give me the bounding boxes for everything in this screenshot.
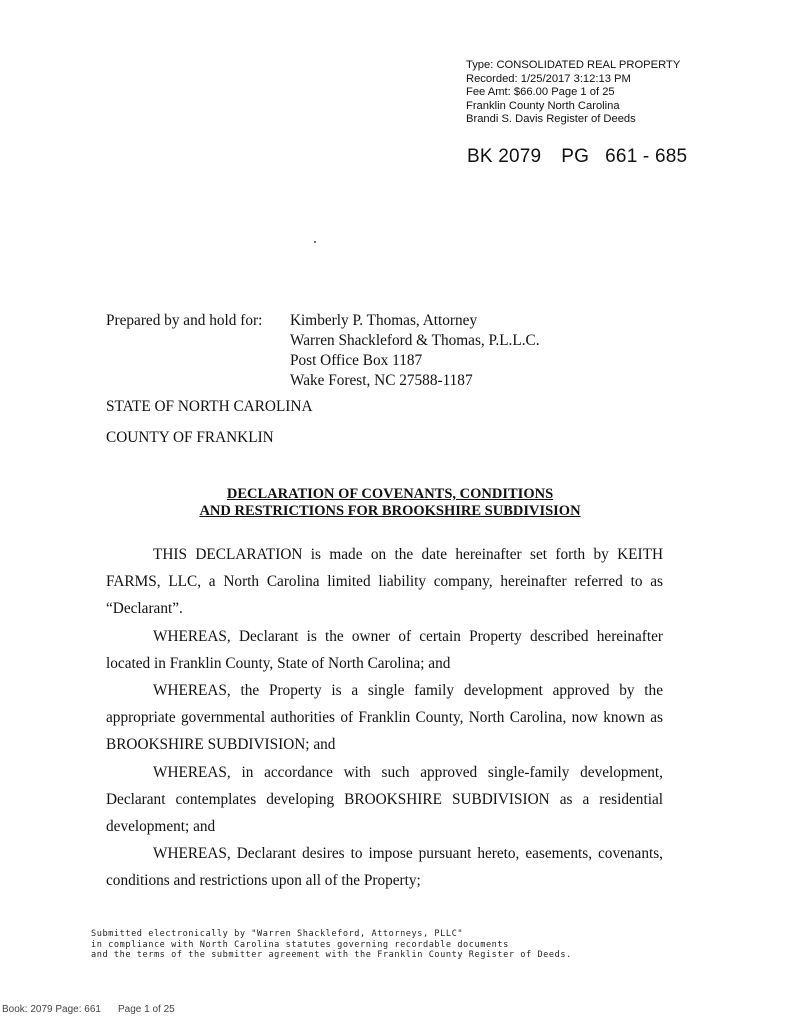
notice-line: and the terms of the submitter agreement… bbox=[91, 950, 572, 961]
page-label: PG bbox=[561, 146, 589, 168]
stamp-county: Franklin County North Carolina bbox=[466, 100, 680, 114]
stamp-recorded: Recorded: 1/25/2017 3:12:13 PM bbox=[466, 73, 680, 87]
po-box: Post Office Box 1187 bbox=[290, 351, 540, 371]
firm-name: Warren Shackleford & Thomas, P.L.L.C. bbox=[290, 331, 540, 351]
footer-page-of: Page 1 of 25 bbox=[118, 1004, 175, 1015]
notice-line: Submitted electronically by "Warren Shac… bbox=[91, 929, 572, 940]
body-paragraph: WHEREAS, in accordance with such approve… bbox=[106, 759, 663, 841]
document-page: Type: CONSOLIDATED REAL PROPERTY Recorde… bbox=[0, 0, 791, 1024]
electronic-submission-notice: Submitted electronically by "Warren Shac… bbox=[91, 929, 572, 961]
title-line-1: DECLARATION OF COVENANTS, CONDITIONS bbox=[100, 486, 680, 503]
stamp-fee: Fee Amt: $66.00 Page 1 of 25 bbox=[466, 86, 680, 100]
page-range: 661 - 685 bbox=[605, 146, 687, 168]
scan-speck bbox=[314, 241, 316, 243]
body-paragraph: WHEREAS, Declarant desires to impose pur… bbox=[106, 840, 663, 894]
venue-state: STATE OF NORTH CAROLINA bbox=[106, 398, 313, 416]
book-number: BK 2079 bbox=[467, 146, 541, 168]
stamp-register: Brandi S. Davis Register of Deeds bbox=[466, 113, 680, 127]
attorney-name: Kimberly P. Thomas, Attorney bbox=[290, 311, 540, 331]
page-footer: Book: 2079 Page: 661Page 1 of 25 bbox=[2, 1004, 175, 1015]
body-paragraph: WHEREAS, the Property is a single family… bbox=[106, 677, 663, 759]
prepared-by-address: Kimberly P. Thomas, Attorney Warren Shac… bbox=[290, 311, 540, 391]
recording-stamp: Type: CONSOLIDATED REAL PROPERTY Recorde… bbox=[466, 59, 680, 127]
body-paragraph: THIS DECLARATION is made on the date her… bbox=[106, 541, 663, 623]
footer-page: Page: 661 bbox=[55, 1004, 101, 1015]
body-paragraph: WHEREAS, Declarant is the owner of certa… bbox=[106, 623, 663, 677]
city-state-zip: Wake Forest, NC 27588-1187 bbox=[290, 371, 540, 391]
title-line-2: AND RESTRICTIONS FOR BROOKSHIRE SUBDIVIS… bbox=[100, 503, 680, 520]
prepared-by-label: Prepared by and hold for: bbox=[106, 311, 262, 331]
footer-book: Book: 2079 bbox=[2, 1004, 53, 1015]
venue-county: COUNTY OF FRANKLIN bbox=[106, 429, 274, 447]
notice-line: in compliance with North Carolina statut… bbox=[91, 940, 572, 951]
document-title: DECLARATION OF COVENANTS, CONDITIONS AND… bbox=[100, 486, 680, 519]
stamp-type: Type: CONSOLIDATED REAL PROPERTY bbox=[466, 59, 680, 73]
document-body: THIS DECLARATION is made on the date her… bbox=[106, 541, 663, 895]
book-page-reference: BK 2079PG661 - 685 bbox=[467, 146, 687, 168]
